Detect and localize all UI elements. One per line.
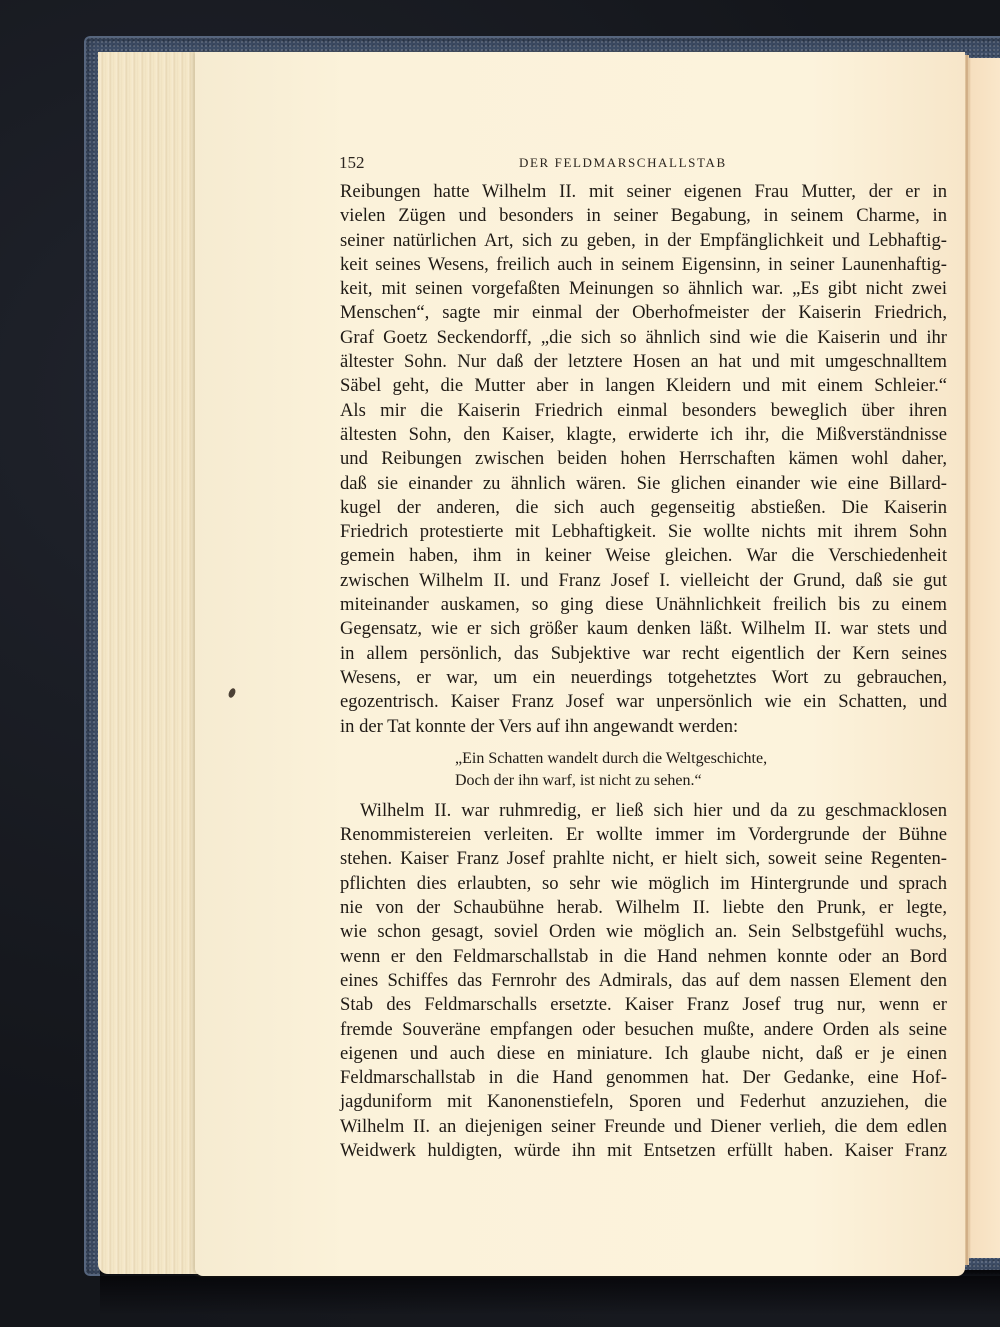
text-line: Gegensatz, wie er sich größer kaum denke…	[340, 617, 947, 641]
gutter	[965, 55, 969, 1265]
text-line: ältesten Sohn, den Kaiser, klagte, erwid…	[340, 423, 947, 447]
text-line: kugel der anderen, die sich auch gegense…	[340, 496, 947, 520]
text-line: seiner natürlichen Art, sich zu geben, i…	[340, 229, 947, 253]
text-line: Renommistereien verleiten. Er wollte imm…	[340, 823, 947, 847]
page-body: Reibungen hatte Wilhelm II. mit seiner e…	[340, 180, 947, 1163]
verse-line: „Ein Schatten wandelt durch die Weltgesc…	[455, 748, 947, 770]
text-line: Säbel geht, die Mutter aber in langen Kl…	[340, 374, 947, 398]
paragraph-1: Reibungen hatte Wilhelm II. mit seiner e…	[340, 180, 947, 739]
running-title: DER FELDMARSCHALLSTAB	[519, 155, 727, 171]
text-line: zwischen Wilhelm II. und Franz Josef I. …	[340, 569, 947, 593]
text-line: Wesens, er war, um ein neuerdings totgeh…	[340, 666, 947, 690]
text-line: Menschen“, sagte mir einmal der Oberhofm…	[340, 301, 947, 325]
text-line: daß sie einander zu ähnlich wären. Sie g…	[340, 472, 947, 496]
verse-quote: „Ein Schatten wandelt durch die Weltgesc…	[340, 748, 947, 792]
text-line: eigenen und auch diese en miniature. Ich…	[340, 1042, 947, 1066]
text-line: Wilhelm II. an diejenigen seiner Freunde…	[340, 1115, 947, 1139]
page-number: 152	[339, 153, 365, 173]
text-line: egozentrisch. Kaiser Franz Josef war unp…	[340, 690, 947, 714]
page-header: 152 DER FELDMARSCHALLSTAB	[339, 153, 947, 175]
text-line: jagduniform mit Kanonenstiefeln, Sporen …	[340, 1090, 947, 1114]
text-line: wenn er den Feldmarschallstab in die Han…	[340, 945, 947, 969]
text-line: Stab des Feldmarschalls ersetzte. Kaiser…	[340, 993, 947, 1017]
text-line: gemein haben, ihm in keiner Weise gleich…	[340, 544, 947, 568]
text-line: pflichten dies erlaubten, so sehr wie mö…	[340, 872, 947, 896]
text-line: wie schon gesagt, soviel Orden wie mögli…	[340, 920, 947, 944]
text-line: fremde Souveräne empfangen oder besuchen…	[340, 1018, 947, 1042]
text-line: stehen. Kaiser Franz Josef prahlte nicht…	[340, 847, 947, 871]
text-line: vielen Zügen und besonders in seiner Beg…	[340, 204, 947, 228]
text-line: Als mir die Kaiserin Friedrich einmal be…	[340, 399, 947, 423]
text-line: und Reibungen zwischen beiden hohen Herr…	[340, 447, 947, 471]
book-shadow	[100, 1270, 1000, 1315]
text-line: nie von der Schaubühne herab. Wilhelm II…	[340, 896, 947, 920]
text-line: ältester Sohn. Nur daß der letztere Hose…	[340, 350, 947, 374]
text-line: Reibungen hatte Wilhelm II. mit seiner e…	[340, 180, 947, 204]
page-stack-edges	[98, 52, 208, 1274]
text-line: Friedrich protestierte mit Lebhaftigkeit…	[340, 520, 947, 544]
verse-line: Doch der ihn warf, ist nicht zu sehen.“	[455, 770, 947, 792]
text-line: miteinander auskamen, so ging diese Unäh…	[340, 593, 947, 617]
paragraph-2: Wilhelm II. war ruhmredig, er ließ sich …	[340, 799, 947, 1163]
facing-page-edge	[968, 58, 1000, 1258]
text-line: in allem persönlich, das Subjektive war …	[340, 642, 947, 666]
text-line: in der Tat konnte der Vers auf ihn angew…	[340, 715, 947, 739]
text-line: Wilhelm II. war ruhmredig, er ließ sich …	[340, 799, 947, 823]
text-line: keit, mit seinen vorgefaßten Meinungen s…	[340, 277, 947, 301]
text-line: Graf Goetz Seckendorff, „die sich so ähn…	[340, 326, 947, 350]
text-line: Feldmarschallstab in die Hand genommen h…	[340, 1066, 947, 1090]
text-line: eines Schiffes das Fernrohr des Admirals…	[340, 969, 947, 993]
text-line: Weidwerk huldigten, würde ihn mit Entset…	[340, 1139, 947, 1163]
text-line: keit seines Wesens, freilich auch in sei…	[340, 253, 947, 277]
